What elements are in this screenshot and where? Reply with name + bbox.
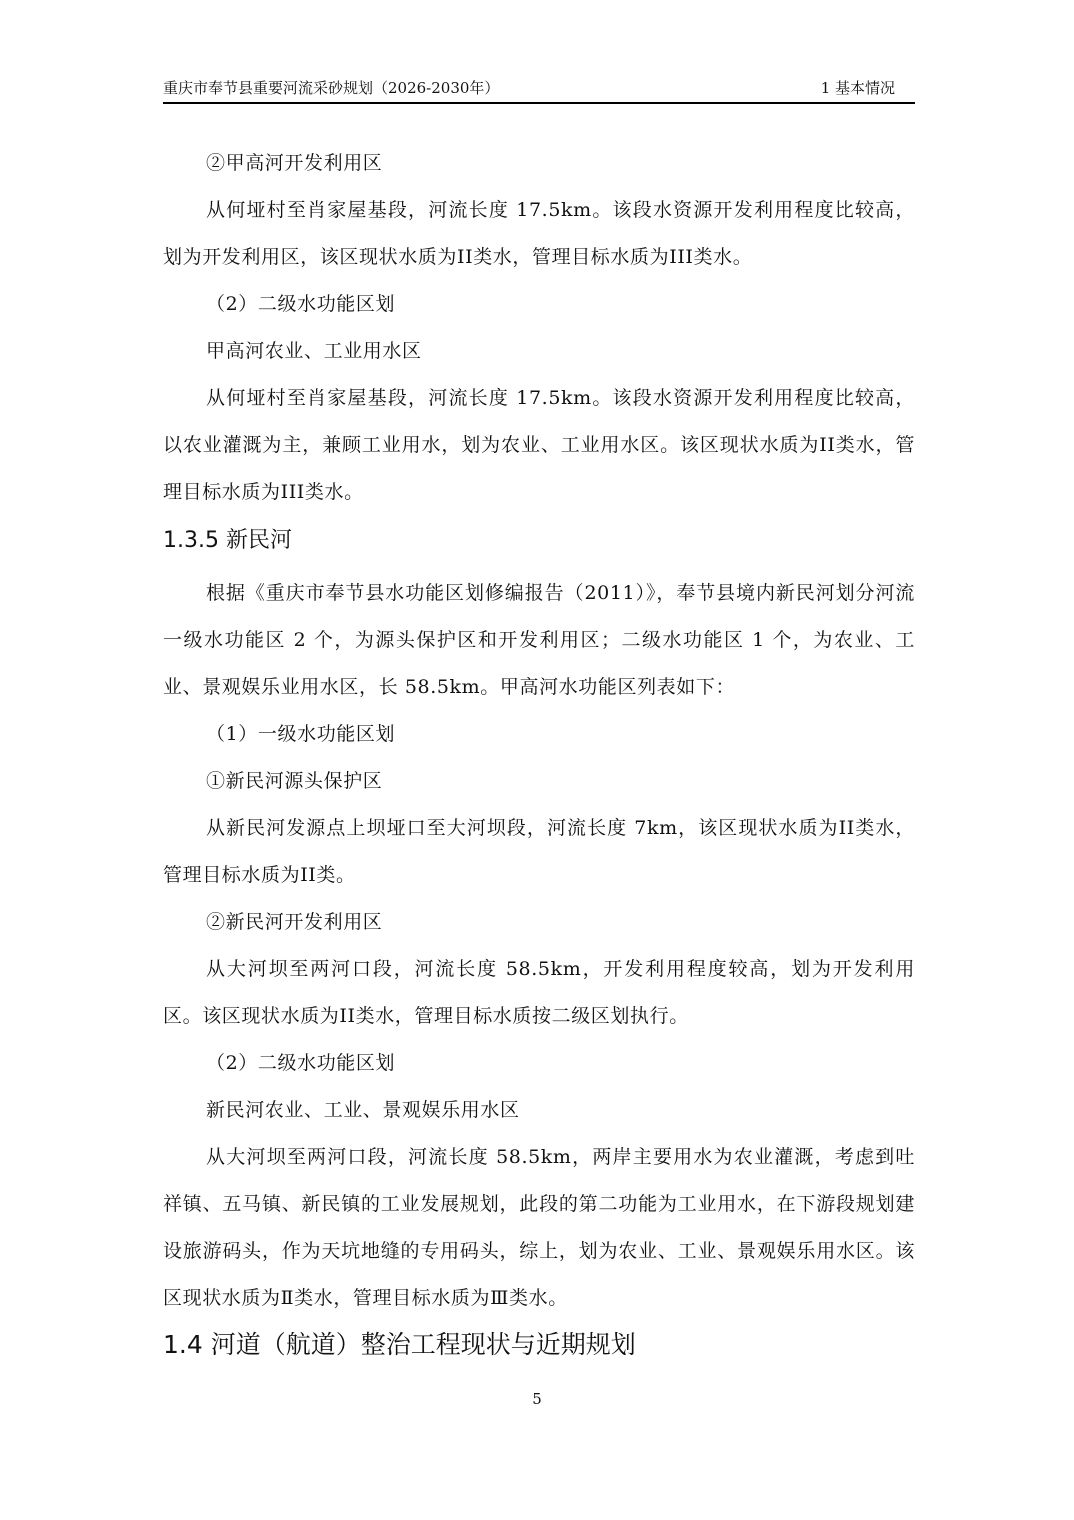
subheading-secondary-zoning: （2）二级水功能区划 — [163, 1040, 915, 1087]
paragraph: 从何垭村至肖家屋基段，河流长度 17.5km。该段水资源开发利用程度比较高，以农… — [163, 375, 915, 516]
paragraph: 从大河坝至两河口段，河流长度 58.5km，两岸主要用水为农业灌溉，考虑到吐祥镇… — [163, 1134, 915, 1322]
page-header: 重庆市奉节县重要河流采砂规划（2026-2030年） 1 基本情况 — [163, 76, 915, 104]
paragraph: 从新民河发源点上坝垭口至大河坝段，河流长度 7km，该区现状水质为II类水，管理… — [163, 805, 915, 899]
paragraph: 从何垭村至肖家屋基段，河流长度 17.5km。该段水资源开发利用程度比较高，划为… — [163, 187, 915, 281]
subheading-xinmin-source-protection: ①新民河源头保护区 — [163, 758, 915, 805]
subheading-secondary-zoning: （2）二级水功能区划 — [163, 281, 915, 328]
subheading-xinmin-development-zone: ②新民河开发利用区 — [163, 899, 915, 946]
page-number: 5 — [0, 1390, 1074, 1408]
section-heading-1-4: 1.4 河道（航道）整治工程现状与近期规划 — [163, 1328, 915, 1362]
chapter-label: 1 基本情况 — [821, 78, 895, 98]
document-title: 重庆市奉节县重要河流采砂规划（2026-2030年） — [163, 78, 499, 98]
page-body: ②甲高河开发利用区 从何垭村至肖家屋基段，河流长度 17.5km。该段水资源开发… — [163, 140, 915, 1362]
subheading-jiagao-agri-industrial-zone: 甲高河农业、工业用水区 — [163, 328, 915, 375]
subheading-jiagao-development-zone: ②甲高河开发利用区 — [163, 140, 915, 187]
subheading-xinmin-multiuse-zone: 新民河农业、工业、景观娱乐用水区 — [163, 1087, 915, 1134]
section-heading-1-3-5: 1.3.5 新民河 — [163, 526, 915, 556]
paragraph: 从大河坝至两河口段，河流长度 58.5km，开发利用程度较高，划为开发利用区。该… — [163, 946, 915, 1040]
subheading-primary-zoning: （1）一级水功能区划 — [163, 711, 915, 758]
paragraph: 根据《重庆市奉节县水功能区划修编报告（2011）》，奉节县境内新民河划分河流一级… — [163, 570, 915, 711]
